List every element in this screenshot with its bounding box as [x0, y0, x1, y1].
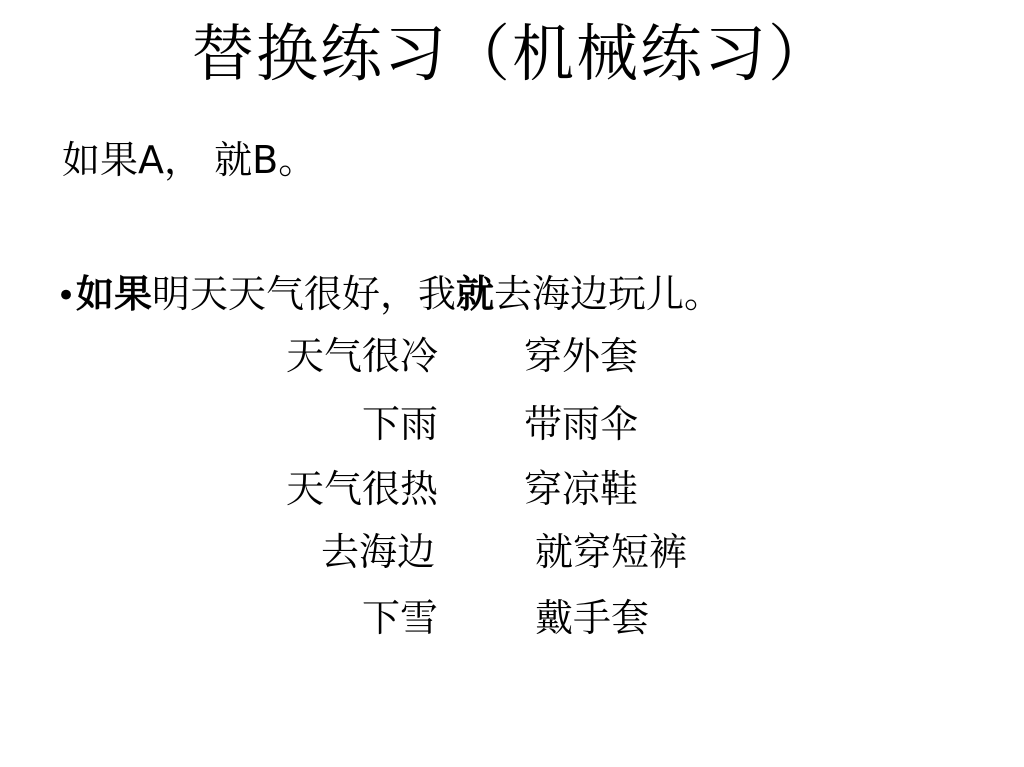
substitution-condition: 下雪: [362, 590, 438, 646]
substitution-result: 穿凉鞋: [524, 461, 638, 517]
substitution-row: 去海边 就穿短裤: [0, 524, 1024, 580]
example-segment-2: 去海边玩儿。: [494, 272, 722, 316]
bullet-icon: •: [56, 268, 76, 324]
substitution-row: 天气很热 穿凉鞋: [0, 461, 1024, 517]
pattern-comma: ，: [164, 138, 202, 182]
sentence-pattern: 如果A， 就B。: [62, 134, 316, 186]
slide-title: 替换练习（机械练习）: [0, 14, 1024, 94]
keyword-then: 就: [456, 271, 494, 316]
pattern-b: B: [252, 138, 278, 182]
example-sentence: •如果明天天气很好，我就去海边玩儿。: [56, 266, 722, 324]
substitution-condition: 天气很冷: [286, 328, 438, 384]
substitution-condition: 去海边: [321, 524, 435, 580]
pattern-then: 就: [214, 138, 252, 182]
substitution-row: 下雪 戴手套: [0, 590, 1024, 646]
substitution-result: 穿外套: [524, 328, 638, 384]
substitution-row: 下雨 带雨伞: [0, 396, 1024, 452]
pattern-period: 。: [278, 138, 316, 182]
substitution-condition: 下雨: [362, 396, 438, 452]
substitution-row: 天气很冷 穿外套: [0, 328, 1024, 384]
example-segment-1: 明天天气很好，我: [152, 272, 456, 316]
pattern-if: 如果: [62, 138, 138, 182]
keyword-if: 如果: [76, 271, 152, 316]
substitution-result: 带雨伞: [524, 396, 638, 452]
substitution-condition: 天气很热: [286, 461, 438, 517]
substitution-result: 戴手套: [535, 590, 649, 646]
slide: 替换练习（机械练习） 如果A， 就B。 •如果明天天气很好，我就去海边玩儿。 天…: [0, 0, 1024, 767]
pattern-a: A: [138, 138, 164, 182]
substitution-result: 就穿短裤: [535, 524, 687, 580]
